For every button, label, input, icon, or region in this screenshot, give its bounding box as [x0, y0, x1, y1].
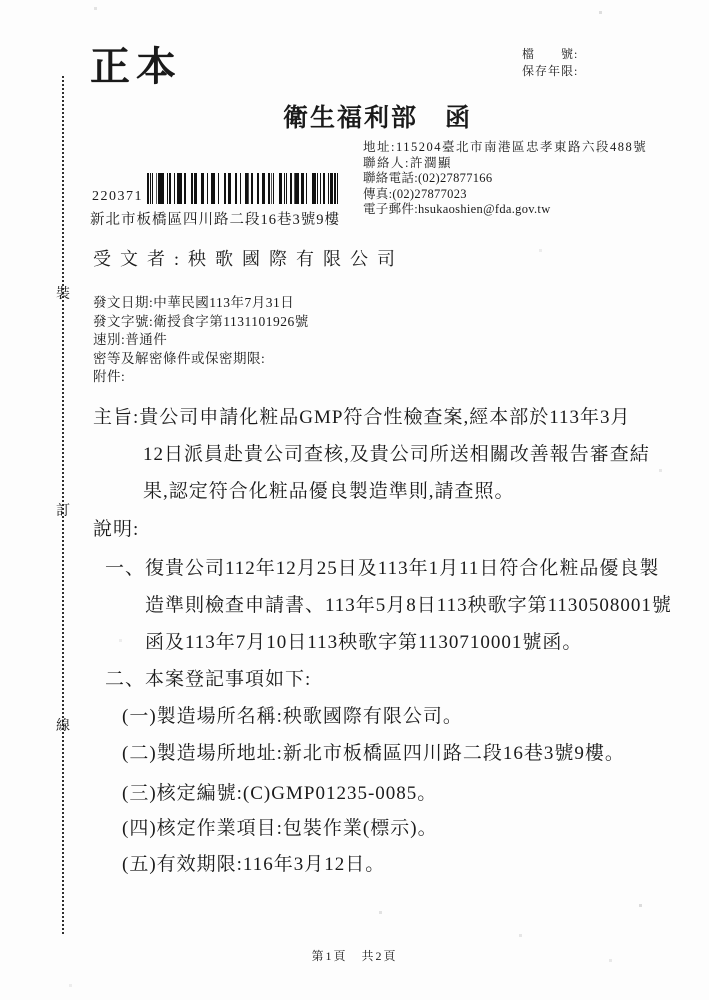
registration-subitem: (三)核定編號:(C)GMP01235-0085。 — [122, 782, 437, 805]
explanation-heading: 說明: — [93, 518, 139, 541]
issue-date: 發文日期:中華民國113年7月31日 — [93, 294, 309, 313]
binding-mark-ding: 訂 — [50, 500, 76, 520]
delivery-speed: 速別:普通件 — [93, 331, 309, 350]
subject-line: 果,認定符合化粧品優良製造準則,請查照。 — [143, 480, 515, 503]
page-number-footer: 第1頁 共2頁 — [0, 947, 709, 964]
document-number: 發文字號:衛授食字第1131101926號 — [93, 313, 309, 332]
mailing-address: 新北市板橋區四川路二段16巷3號9樓 — [90, 208, 340, 229]
registration-subitem: (五)有效期限:116年3月12日。 — [122, 853, 385, 876]
official-letter-page: 正本 檔 號: 保存年限: 衛生福利部 函 地址:115204臺北市南港區忠孝東… — [0, 0, 709, 1000]
subject-line: 12日派員赴貴公司查核,及貴公司所送相關改善報告審查結 — [143, 443, 650, 466]
registration-subitem: (四)核定作業項目:包裝作業(標示)。 — [122, 817, 438, 840]
sender-contact-person: 聯絡人:許濶顯 — [363, 156, 647, 172]
security-classification: 密等及解密條件或保密期限: — [93, 350, 309, 369]
registration-subitem: (二)製造場所地址:新北市板橋區四川路二段16巷3號9樓。 — [122, 742, 625, 765]
retention-period-label: 保存年限: — [522, 63, 578, 80]
file-number-block: 檔 號: 保存年限: — [522, 46, 578, 80]
attachment-label: 附件: — [93, 368, 309, 387]
explanation-item1-line: 造準則檢查申請書、113年5月8日113秧歌字第1130508001號 — [145, 594, 672, 617]
sender-email: 電子郵件:hsukaoshien@fda.gov.tw — [363, 202, 647, 218]
sender-contact-block: 地址:115204臺北市南港區忠孝東路六段488號 聯絡人:許濶顯 聯絡電話:(… — [363, 140, 647, 218]
binding-mark-zhuang: 裝 — [50, 283, 76, 303]
barcode — [147, 173, 338, 204]
binding-mark-xian: 線 — [50, 715, 76, 735]
scan-noise — [0, 0, 1, 1]
recipient-line: 受文者:秧歌國際有限公司 — [93, 245, 404, 271]
explanation-item2-heading: 二、本案登記事項如下: — [105, 668, 311, 691]
document-title: 衛生福利部 函 — [283, 98, 472, 134]
file-number-label: 檔 號: — [522, 46, 578, 63]
sender-phone: 聯絡電話:(02)27877166 — [363, 171, 647, 187]
explanation-item1-line: 函及113年7月10日113秧歌字第1130710001號函。 — [145, 631, 582, 654]
subject-line: 主旨:貴公司申請化粧品GMP符合性檢查案,經本部於113年3月 — [93, 406, 631, 429]
registration-subitem: (一)製造場所名稱:秧歌國際有限公司。 — [122, 705, 463, 728]
mailing-code: 220371 — [92, 189, 143, 205]
document-meta-block: 發文日期:中華民國113年7月31日 發文字號:衛授食字第1131101926號… — [93, 294, 309, 387]
copy-type-label: 正本 — [90, 46, 182, 88]
explanation-item1-line: 一、復貴公司112年12月25日及113年1月11日符合化粧品優良製 — [105, 557, 659, 580]
sender-fax: 傳真:(02)27877023 — [363, 187, 647, 203]
sender-address: 地址:115204臺北市南港區忠孝東路六段488號 — [363, 140, 647, 156]
